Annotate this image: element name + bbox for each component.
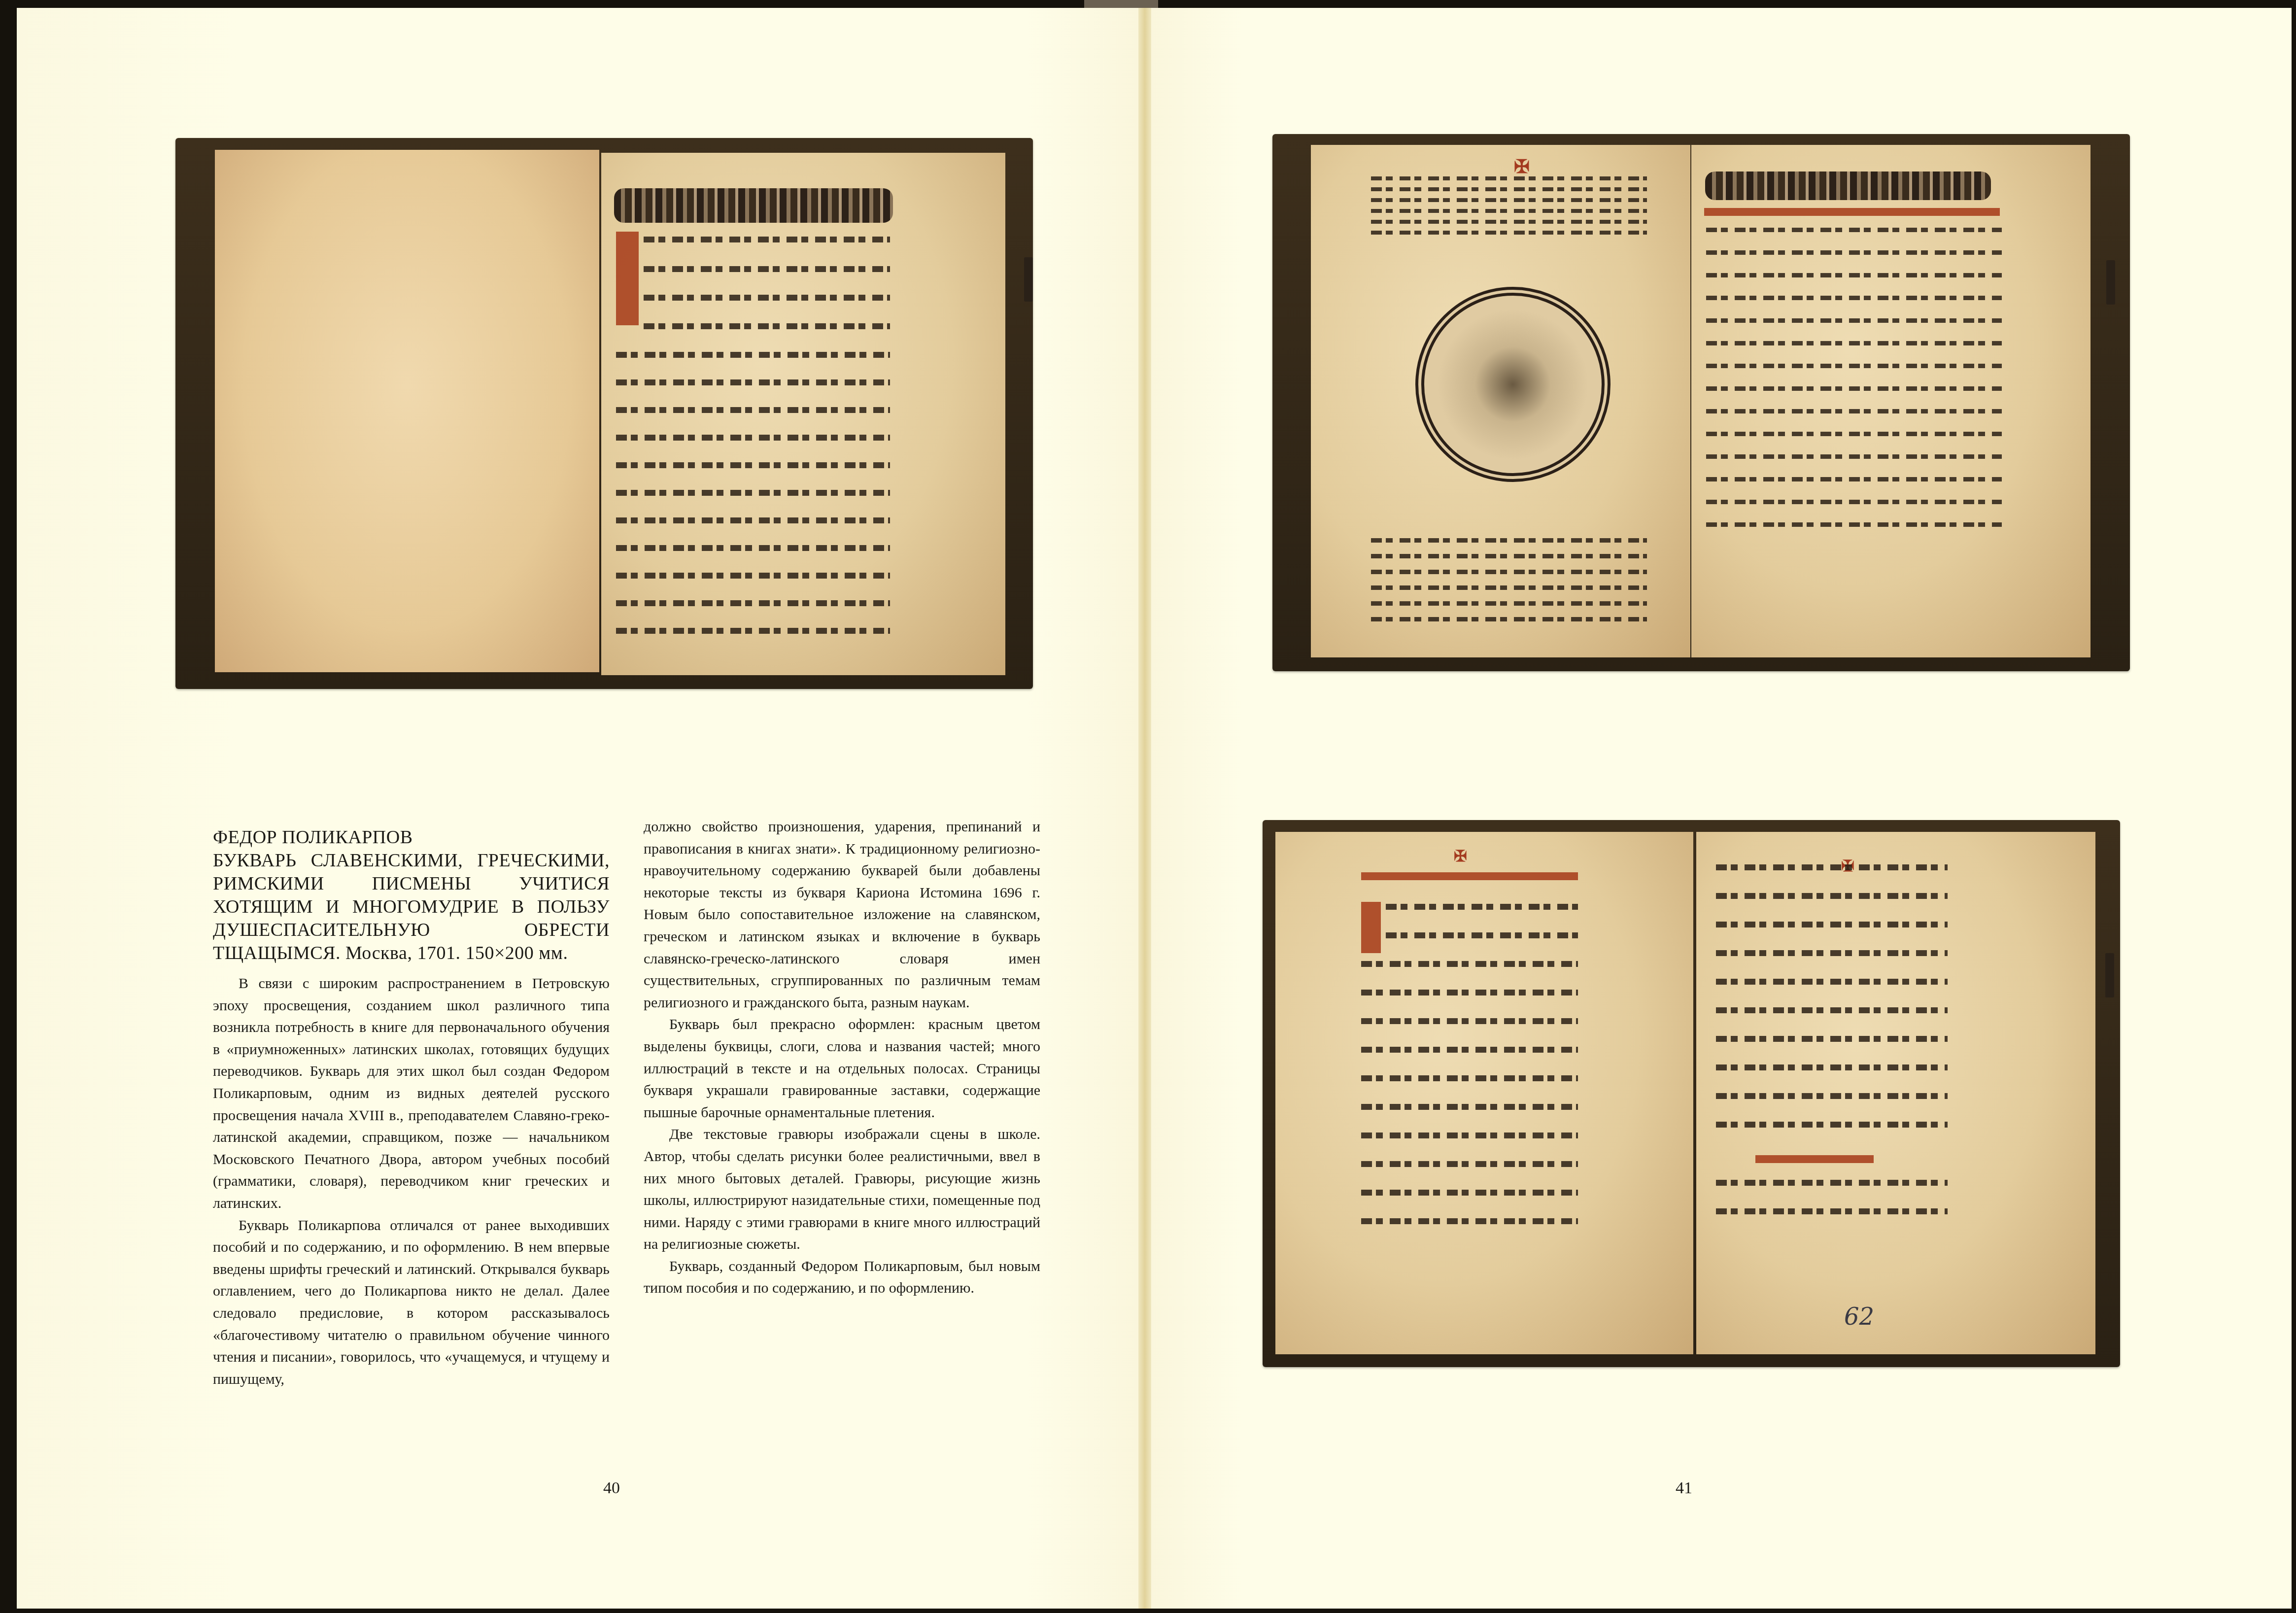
cross-icon: ✠ <box>1514 156 1530 178</box>
spine-tab <box>1084 0 1158 8</box>
right-page: ✠ <box>1151 8 2292 1609</box>
paragraph: должно свойство произношения, ударения, … <box>644 816 1040 1014</box>
headpiece-ornament <box>614 188 893 223</box>
right-syllable-table <box>1716 864 1948 1219</box>
bookmark-tab <box>2105 953 2114 997</box>
emblem-engraving <box>1415 287 1611 482</box>
paragraph: Две текстовые гравюры изображали сцены в… <box>644 1124 1040 1256</box>
verse-text-block <box>1371 538 1647 637</box>
paragraph: Букварь Поликарпова отличался от ранее в… <box>213 1215 610 1391</box>
blank-leaf <box>215 150 599 672</box>
cross-icon: ✠ <box>1454 847 1467 865</box>
gutter <box>1138 8 1151 1609</box>
handwritten-note: 62 <box>1844 1303 1874 1331</box>
photo-primer-syllables: ✠ ✠ 62 <box>1263 820 2140 1372</box>
paragraph: В связи с широким распространением в Пет… <box>213 973 610 1215</box>
photo-primer-title-page <box>175 138 1037 689</box>
book-spread: ФЕДОР ПОЛИКАРПОВ БУКВАРЬ СЛАВЕНСКИМИ, ГР… <box>17 8 2292 1609</box>
photo-primer-emblem-contents: ✠ <box>1272 134 2150 676</box>
page-number-right: 41 <box>1676 1479 1692 1498</box>
caption-details: Москва, 1701. 150×200 мм. <box>345 943 568 963</box>
red-initial <box>616 232 639 325</box>
title-text-block <box>644 237 890 690</box>
illustration-caption: ФЕДОР ПОЛИКАРПОВ БУКВАРЬ СЛАВЕНСКИМИ, ГР… <box>213 826 610 965</box>
headpiece-ornament <box>1705 172 1991 200</box>
paragraph: Букварь был прекрасно оформлен: красным … <box>644 1014 1040 1124</box>
left-heading-red <box>1361 872 1578 880</box>
paragraph: Букварь, созданный Федором Поликарповым,… <box>644 1256 1040 1300</box>
caption-author: ФЕДОР ПОЛИКАРПОВ <box>213 826 610 849</box>
bookmark-tab <box>2106 260 2115 305</box>
left-syllable-table <box>1361 904 1578 1249</box>
greek-text-block <box>1371 176 1647 240</box>
body-column-left: В связи с широким распространением в Пет… <box>213 973 610 1390</box>
contents-heading-red <box>1704 208 2000 216</box>
page-number-left: 40 <box>603 1479 620 1498</box>
contents-text-block <box>1706 228 2002 563</box>
left-page: ФЕДОР ПОЛИКАРПОВ БУКВАРЬ СЛАВЕНСКИМИ, ГР… <box>17 8 1138 1609</box>
caption-title: БУКВАРЬ СЛАВЕНСКИМИ, ГРЕЧЕСКИМИ, РИМСКИМ… <box>213 849 610 965</box>
body-column-right: должно свойство произношения, ударения, … <box>644 816 1040 1300</box>
bookmark-tab <box>1024 257 1033 302</box>
